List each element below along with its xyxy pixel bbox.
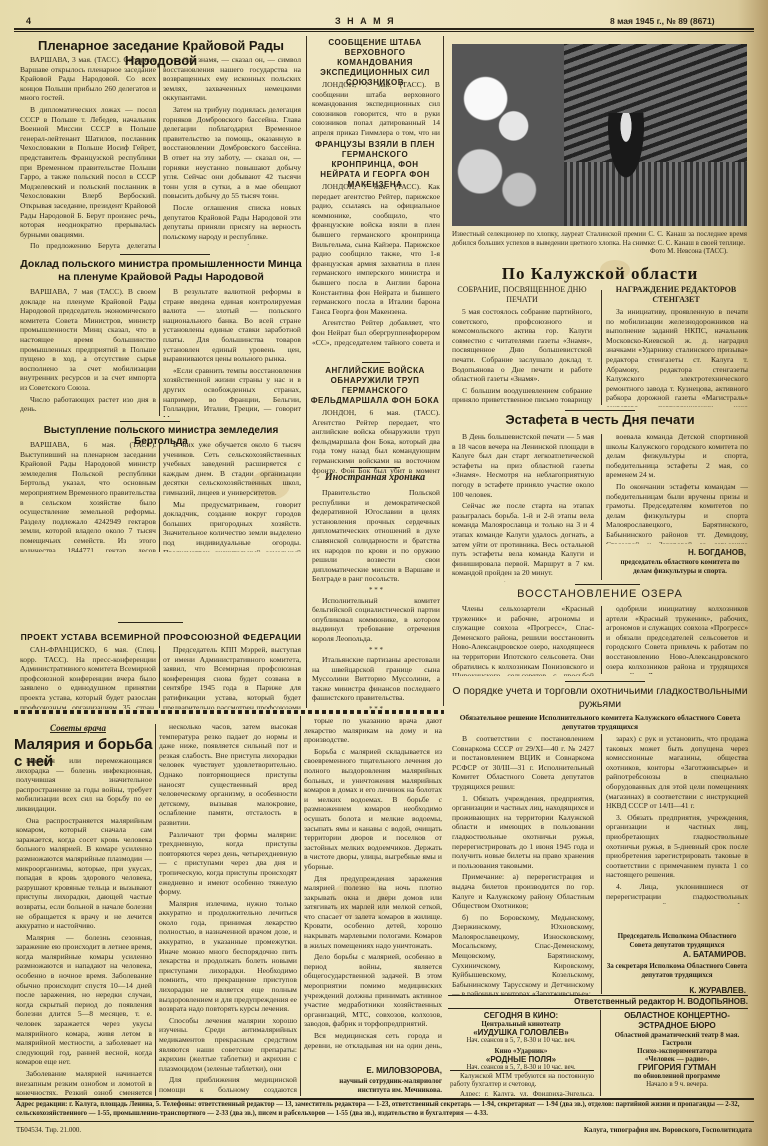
headline-rifles: О порядке учета и торговли охотничьими г… bbox=[450, 685, 750, 711]
article-rifles-col2: зарах) с рук и установить, что продажа т… bbox=[606, 734, 748, 904]
article-shaef: ЛОНДОН, 7 мая. (ТАСС). В сообщении штаба… bbox=[312, 80, 440, 138]
masthead-rule bbox=[14, 28, 754, 30]
headline-press-day-meeting: СОБРАНИЕ, ПОСВЯЩЕННОЕ ДНЮ ПЕЧАТИ bbox=[452, 285, 592, 305]
headline-editor-awards: НАГРАЖДЕНИЕ РЕДАКТОРОВ СТЕНГАЗЕТ bbox=[606, 285, 746, 305]
column-divider bbox=[601, 290, 602, 405]
article-bertold-col1: ВАРШАВА, 6 мая. (ТАСС). Выступивший на п… bbox=[20, 440, 156, 552]
print-code: ТБ04534. Тир. 21.000. bbox=[16, 1126, 81, 1134]
article-separator bbox=[575, 584, 640, 585]
column-divider bbox=[155, 724, 156, 1096]
concert-start: Начало в 9 ч. вечера. bbox=[604, 1080, 750, 1088]
article-lake-col1: Члены сельхозартели «Красный труженик» и… bbox=[452, 604, 594, 676]
article-separator bbox=[120, 254, 210, 255]
malaria-signature-title: научный сотрудник-маляриолог института и… bbox=[310, 1077, 442, 1094]
responsible-editor: Ответственный редактор Н. ВОДОПЬЯНОВ. bbox=[448, 997, 748, 1006]
article-press-day-meeting: 5 мая состоялось собрание партийного, со… bbox=[452, 307, 592, 407]
newspaper-page: 4 З Н А М Я 8 мая 1945 г., № 89 (8671) П… bbox=[0, 0, 768, 1146]
column-divider bbox=[306, 36, 307, 708]
concert-line1: Областной драматический театр 8 мая. bbox=[604, 1031, 750, 1039]
concert-ad: ОБЛАСТНОЕ КОНЦЕРТНО-ЭСТРАДНОЕ БЮРО Облас… bbox=[604, 1011, 750, 1088]
concert-line2: Гастроли bbox=[604, 1039, 750, 1047]
headline-wftu: ПРОЕКТ УСТАВА ВСЕМИРНОЙ ПРОФСОЮЗНОЙ ФЕДЕ… bbox=[20, 632, 302, 642]
column-divider bbox=[159, 646, 160, 708]
cinema-times1: Нач. сеансов в 5, 7, 8-30 и 10 час. веч. bbox=[448, 1037, 594, 1044]
concert-title: ОБЛАСТНОЕ КОНЦЕРТНО-ЭСТРАДНОЕ БЮРО bbox=[604, 1011, 750, 1031]
article-lake-col2: одобрили инициативу колхозников артели «… bbox=[606, 604, 748, 674]
article-french: ЛОНДОН, 7 мая. (ТАСС). Как передает аген… bbox=[312, 182, 440, 347]
concert-line5: по обновленной программе bbox=[604, 1072, 750, 1080]
article-bertold-col2: В них уже обучается около 6 тысяч ученик… bbox=[163, 440, 301, 552]
column-divider bbox=[443, 36, 444, 706]
article-wftu-col2: Председатель КПП Мэррей, выступая от име… bbox=[163, 645, 301, 709]
ad-separator bbox=[450, 1070, 594, 1071]
headline-bock: АНГЛИЙСКИЕ ВОЙСКА ОБНАРУЖИЛИ ТРУП ГЕРМАН… bbox=[310, 366, 440, 406]
column-divider bbox=[601, 734, 602, 994]
editorial-address: Адрес редакции: г. Калуга, площадь Ленин… bbox=[16, 1101, 752, 1118]
column-divider bbox=[159, 442, 160, 552]
malaria-signature-name: Е. МИЛОВЗОРОВА, bbox=[304, 1066, 442, 1075]
article-relay-col1: В День большевистской печати — 5 мая в 1… bbox=[452, 432, 594, 582]
article-mints-col2: В результате валютной реформы в стране в… bbox=[163, 287, 301, 417]
headline-foreign-chronicle: Иностранная хроника bbox=[310, 472, 440, 483]
section-title-kaluga: По Калужской области bbox=[450, 264, 750, 284]
article-rifles-col1: В соответствии с постановлением Совнарко… bbox=[452, 734, 594, 996]
photo-cotton-greenhouse bbox=[452, 44, 747, 226]
relay-signature-title: председатель областного комитета по дела… bbox=[612, 558, 748, 575]
article-relay-col2: воевала команда Детской спортивной школы… bbox=[606, 432, 748, 544]
editor-rule bbox=[448, 1008, 748, 1009]
rifles-signer1-name: А. БАТАМИРОВ. bbox=[606, 950, 746, 959]
chronicle-item: Правительство Польской республики и демо… bbox=[312, 488, 440, 584]
mtm-ad: Калужской МТМ требуются на постоянную ра… bbox=[450, 1072, 594, 1096]
footer-rule bbox=[14, 1121, 754, 1122]
wavy-separator bbox=[14, 710, 444, 714]
headline-relay: Эстафета в честь Дня печати bbox=[450, 412, 750, 427]
column-divider bbox=[601, 606, 602, 674]
chronicle-item: Исполнительный комитет бельгийской социа… bbox=[312, 596, 440, 644]
rifles-subtitle: Обязательное решение Исполнительного ком… bbox=[455, 713, 745, 731]
newspaper-title: З Н А М Я bbox=[335, 16, 396, 26]
footer-rule bbox=[14, 1098, 754, 1100]
photo-caption: Известный селекционер по хлопку, лауреат… bbox=[452, 230, 747, 260]
cinema-venue2: Кино «Ударник» bbox=[448, 1047, 594, 1055]
column-divider bbox=[600, 1010, 601, 1096]
article-plenary-col1: ВАРШАВА, 3 мая. (ТАСС). Сегодня в Варшав… bbox=[20, 55, 156, 250]
issue-date: 8 мая 1945 г., № 89 (8671) bbox=[610, 16, 715, 26]
column-divider bbox=[300, 716, 301, 1096]
editor-rule bbox=[448, 995, 748, 996]
column-divider bbox=[159, 58, 160, 248]
article-wftu-col1: САН-ФРАНЦИСКО, 6 мая. (Спец. корр. ТАСС)… bbox=[20, 645, 156, 709]
concert-performer: ГРИГОРИЯ ГУТМАН bbox=[604, 1063, 750, 1072]
foreign-chronicle-list: Правительство Польской республики и демо… bbox=[312, 488, 440, 710]
article-mints-col1: ВАРШАВА, 7 мая (ТАСС). В своем докладе н… bbox=[20, 287, 156, 417]
rifles-signer1-title: Председатель Исполкома Областного Совета… bbox=[606, 932, 748, 949]
cinema-film2: «РОДНЫЕ ПОЛЯ» bbox=[448, 1055, 594, 1064]
headline-mints-report: Доклад польского министра промышленности… bbox=[20, 258, 302, 284]
relay-signature-name: Н. БОГДАНОВ, bbox=[606, 548, 746, 557]
printer: Калуга, типография им. Воровского, Госпо… bbox=[520, 1126, 752, 1134]
article-editor-awards: За инициативу, проявленную в печати по м… bbox=[606, 307, 748, 407]
article-separator bbox=[362, 362, 390, 363]
ornament-rule bbox=[350, 467, 400, 468]
cinema-title: СЕГОДНЯ В КИНО: bbox=[448, 1011, 594, 1020]
page-number: 4 bbox=[26, 16, 31, 26]
rifles-signer2-title: За секретаря Исполкома Областного Совета… bbox=[606, 962, 748, 979]
article-plenary-col2: — Это знамя, — сказал он, — символ восст… bbox=[163, 55, 301, 245]
chronicle-item: Итальянские партизаны арестовали на швей… bbox=[312, 655, 440, 703]
article-malaria-col2: несколько часов, затем высокая температу… bbox=[159, 722, 297, 1096]
article-malaria-col3: торые по указанию врача дают лекарство м… bbox=[304, 716, 442, 1051]
column-divider bbox=[601, 434, 602, 580]
article-malaria-col1: Малярия или перемежающаяся лихорадка — б… bbox=[16, 756, 152, 1096]
ornament-rule bbox=[565, 681, 645, 682]
concert-line3: Психо-экспериментатора bbox=[604, 1047, 750, 1055]
article-separator bbox=[118, 622, 183, 623]
cinema-ad: СЕГОДНЯ В КИНО: Центральный кинотеатр «И… bbox=[448, 1011, 594, 1071]
ornament-rule bbox=[565, 410, 635, 411]
concert-line4: «Человек — радио». bbox=[604, 1055, 750, 1063]
rifles-signer2-name: К. ЖУРАВЛЕВ. bbox=[606, 986, 746, 995]
rubric-doctor-advice: Советы врача bbox=[50, 723, 106, 733]
cinema-film1: «ИУДУШКА ГОЛОВЛЕВ» bbox=[448, 1028, 594, 1037]
article-separator bbox=[120, 421, 180, 422]
column-divider bbox=[159, 288, 160, 416]
photo-credit: Фото М. Невсона (ТАСС). bbox=[650, 247, 728, 255]
masthead-rule-thin bbox=[14, 31, 754, 32]
headline-lake: ВОССТАНОВЛЕНИЕ ОЗЕРА bbox=[450, 588, 750, 600]
cinema-venue1: Центральный кинотеатр bbox=[448, 1020, 594, 1028]
